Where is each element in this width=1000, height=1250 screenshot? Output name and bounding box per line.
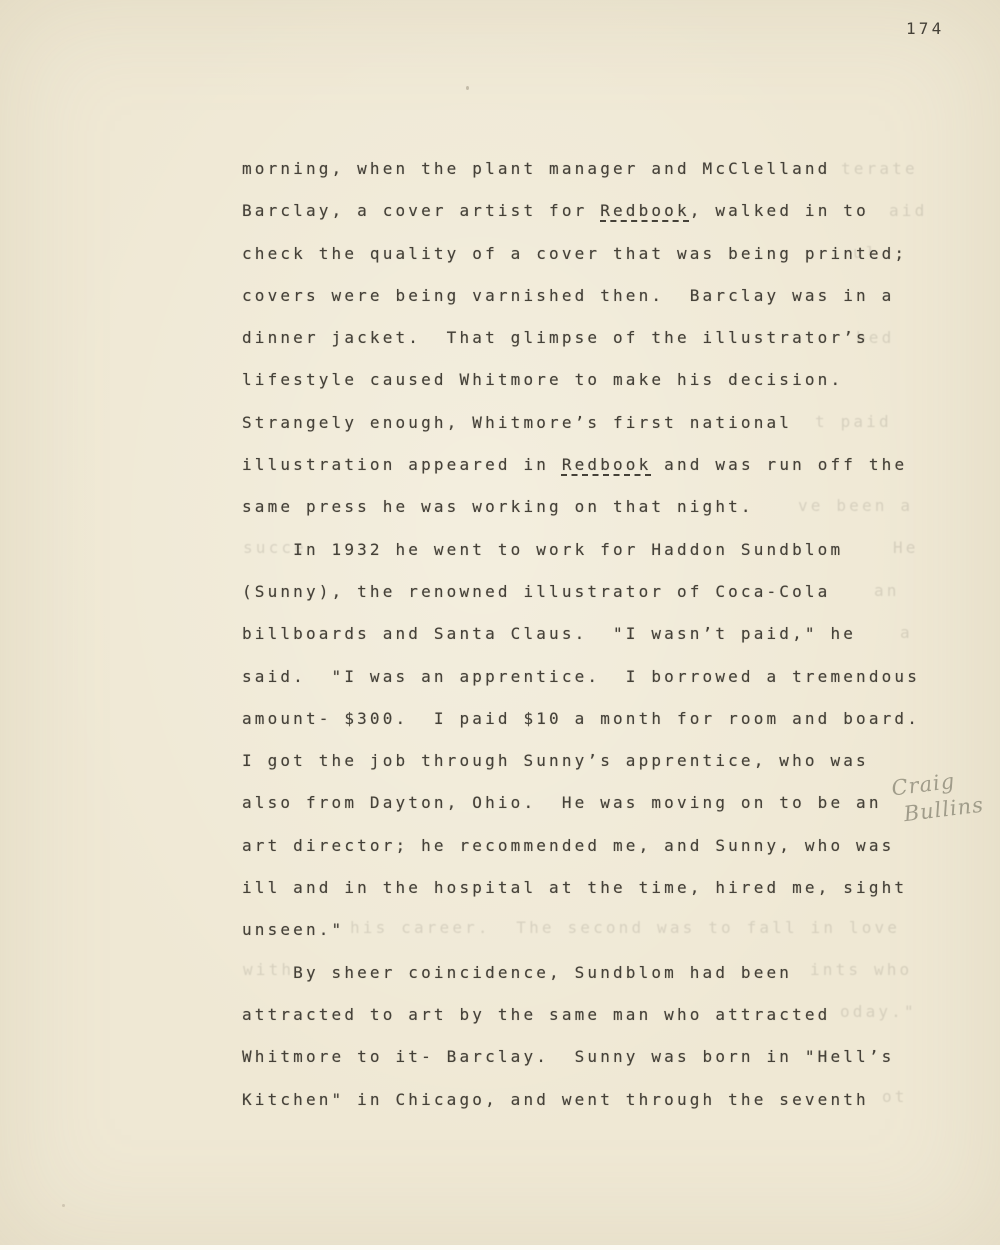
- typewritten-line: said. "I was an apprentice. I borrowed a…: [242, 656, 920, 698]
- typewritten-text-segment: Barclay, a cover artist for: [242, 201, 600, 220]
- typewritten-text-segment: , walked in to: [690, 201, 869, 220]
- underlined-magazine-title: Redbook: [562, 455, 652, 474]
- typewritten-text-segment: In 1932 he went to work for Haddon Sundb…: [242, 540, 843, 559]
- typewritten-text-segment: dinner jacket. That glimpse of the illus…: [242, 328, 869, 347]
- typewritten-text-segment: unseen.": [242, 920, 344, 939]
- typewritten-line: lifestyle caused Whitmore to make his de…: [242, 359, 920, 401]
- scan-bottom-edge: [0, 1245, 1000, 1250]
- typewritten-text-segment: amount- $300. I paid $10 a month for roo…: [242, 709, 920, 728]
- typewritten-text-segment: ill and in the hospital at the time, hir…: [242, 878, 907, 897]
- typewritten-text-segment: same press he was working on that night.: [242, 497, 754, 516]
- typewritten-line: covers were being varnished then. Barcla…: [242, 275, 920, 317]
- typewritten-line: morning, when the plant manager and McCl…: [242, 148, 920, 190]
- typewritten-line: dinner jacket. That glimpse of the illus…: [242, 317, 920, 359]
- typewritten-line: billboards and Santa Claus. "I wasn’t pa…: [242, 613, 920, 655]
- paper-speck: [62, 1204, 65, 1207]
- typewritten-text-segment: art director; he recommended me, and Sun…: [242, 836, 894, 855]
- typewritten-text-segment: lifestyle caused Whitmore to make his de…: [242, 370, 843, 389]
- typewritten-text-segment: Whitmore to it- Barclay. Sunny was born …: [242, 1047, 894, 1066]
- typewritten-line: check the quality of a cover that was be…: [242, 233, 920, 275]
- typewritten-text-segment: illustration appeared in: [242, 455, 562, 474]
- manuscript-page: 174 terateaidulbedt paidve been asucceHe…: [0, 0, 1000, 1250]
- typewritten-line: Kitchen" in Chicago, and went through th…: [242, 1079, 920, 1121]
- typewritten-text-block: morning, when the plant manager and McCl…: [242, 148, 920, 1121]
- typewritten-line: Strangely enough, Whitmore’s first natio…: [242, 402, 920, 444]
- typewritten-line: (Sunny), the renowned illustrator of Coc…: [242, 571, 920, 613]
- typewritten-line: In 1932 he went to work for Haddon Sundb…: [242, 529, 920, 571]
- typewritten-line: attracted to art by the same man who att…: [242, 994, 920, 1036]
- typewritten-text-segment: Strangely enough, Whitmore’s first natio…: [242, 413, 792, 432]
- typewritten-line: also from Dayton, Ohio. He was moving on…: [242, 782, 920, 824]
- typewritten-line: same press he was working on that night.: [242, 486, 920, 528]
- typewritten-line: unseen.": [242, 909, 920, 951]
- typewritten-line: illustration appeared in Redbook and was…: [242, 444, 920, 486]
- typewritten-text-segment: Kitchen" in Chicago, and went through th…: [242, 1090, 869, 1109]
- typewritten-text-segment: morning, when the plant manager and McCl…: [242, 159, 830, 178]
- typewritten-line: ill and in the hospital at the time, hir…: [242, 867, 920, 909]
- typewritten-line: By sheer coincidence, Sundblom had been: [242, 952, 920, 994]
- typewritten-text-segment: also from Dayton, Ohio. He was moving on…: [242, 793, 882, 812]
- handwritten-margin-note: Craig Bullins: [890, 765, 985, 829]
- typewritten-line: Barclay, a cover artist for Redbook, wal…: [242, 190, 920, 232]
- typewritten-text-segment: check the quality of a cover that was be…: [242, 244, 907, 263]
- typewritten-text-segment: I got the job through Sunny’s apprentice…: [242, 751, 869, 770]
- typewritten-text-segment: covers were being varnished then. Barcla…: [242, 286, 894, 305]
- typewritten-text-segment: said. "I was an apprentice. I borrowed a…: [242, 667, 920, 686]
- typewritten-text-segment: and was run off the: [651, 455, 907, 474]
- underlined-magazine-title: Redbook: [600, 201, 690, 220]
- typewritten-line: Whitmore to it- Barclay. Sunny was born …: [242, 1036, 920, 1078]
- typewritten-text-segment: (Sunny), the renowned illustrator of Coc…: [242, 582, 830, 601]
- paper-speck: [466, 86, 469, 90]
- typewritten-text-segment: attracted to art by the same man who att…: [242, 1005, 830, 1024]
- typewritten-text-segment: billboards and Santa Claus. "I wasn’t pa…: [242, 624, 856, 643]
- typewritten-line: amount- $300. I paid $10 a month for roo…: [242, 698, 920, 740]
- typewritten-text-segment: By sheer coincidence, Sundblom had been: [242, 963, 792, 982]
- typewritten-line: art director; he recommended me, and Sun…: [242, 825, 920, 867]
- typewritten-line: I got the job through Sunny’s apprentice…: [242, 740, 920, 782]
